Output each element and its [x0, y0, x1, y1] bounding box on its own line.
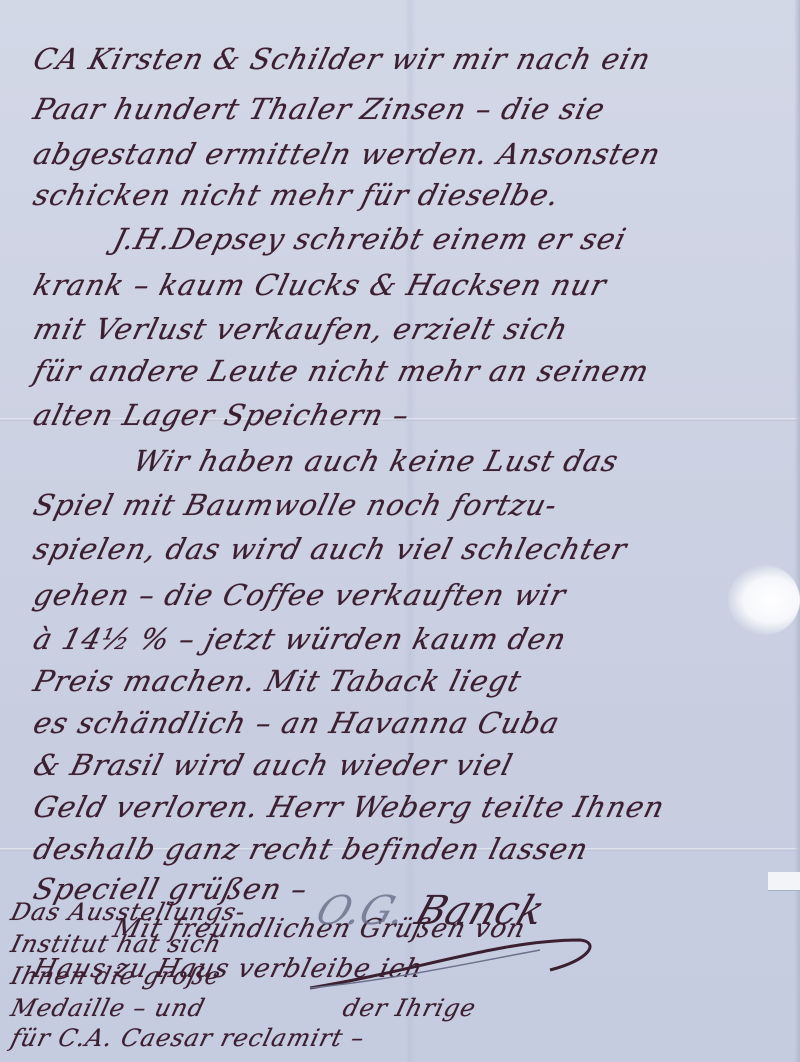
body-line: Geld verloren. Herr Weberg teilte Ihnen [30, 790, 669, 824]
postscript-line: Ihnen die große [8, 962, 224, 990]
body-line: mit Verlust verkaufen, erzielt sich [30, 312, 572, 346]
postscript-line: Medaille – und [8, 994, 208, 1022]
body-line: & Brasil wird auch wieder viel [30, 748, 517, 782]
body-line: krank – kaum Clucks & Hacksen nur [30, 268, 610, 302]
body-line: Preis machen. Mit Taback liegt [30, 664, 525, 698]
body-line: à 14½ % – jetzt würden kaum den [30, 622, 570, 656]
signature-flourish [300, 930, 600, 1000]
body-line: es schändlich – an Havanna Cuba [30, 706, 564, 740]
postscript-line: Institut hat sich [8, 930, 225, 958]
body-line: J.H.Depsey schreibt einem er sei [110, 222, 630, 256]
body-line: Spiel mit Baumwolle noch fortzu- [30, 488, 561, 522]
paper-damage-spot [728, 565, 800, 635]
body-line: gehen – die Coffee verkauften wir [30, 578, 570, 612]
body-line: Wir haben auch keine Lust das [130, 444, 622, 478]
signature-initials: O.G. [311, 888, 412, 934]
paper-edge [794, 0, 800, 1062]
signature: O.G. Banck [311, 888, 551, 934]
body-line: deshalb ganz recht befinden lassen [30, 832, 592, 866]
body-line: abgestand ermitteln werden. Ansonsten [30, 137, 664, 171]
postscript-line: Das Ausstellungs- [8, 898, 249, 926]
body-line: CA Kirsten & Schilder wir mir nach ein [30, 42, 655, 76]
body-line: schicken nicht mehr für dieselbe. [30, 178, 563, 212]
postscript-line: für C.A. Caesar reclamirt – [8, 1024, 368, 1052]
body-line: für andere Leute nicht mehr an seinem [30, 354, 653, 388]
body-line: spielen, das wird auch viel schlechter [30, 532, 631, 566]
body-line: Paar hundert Thaler Zinsen – die sie [30, 92, 609, 126]
paper-tear [768, 872, 800, 891]
body-line: alten Lager Speichern – [30, 398, 413, 432]
signature-surname: Banck [410, 888, 551, 934]
